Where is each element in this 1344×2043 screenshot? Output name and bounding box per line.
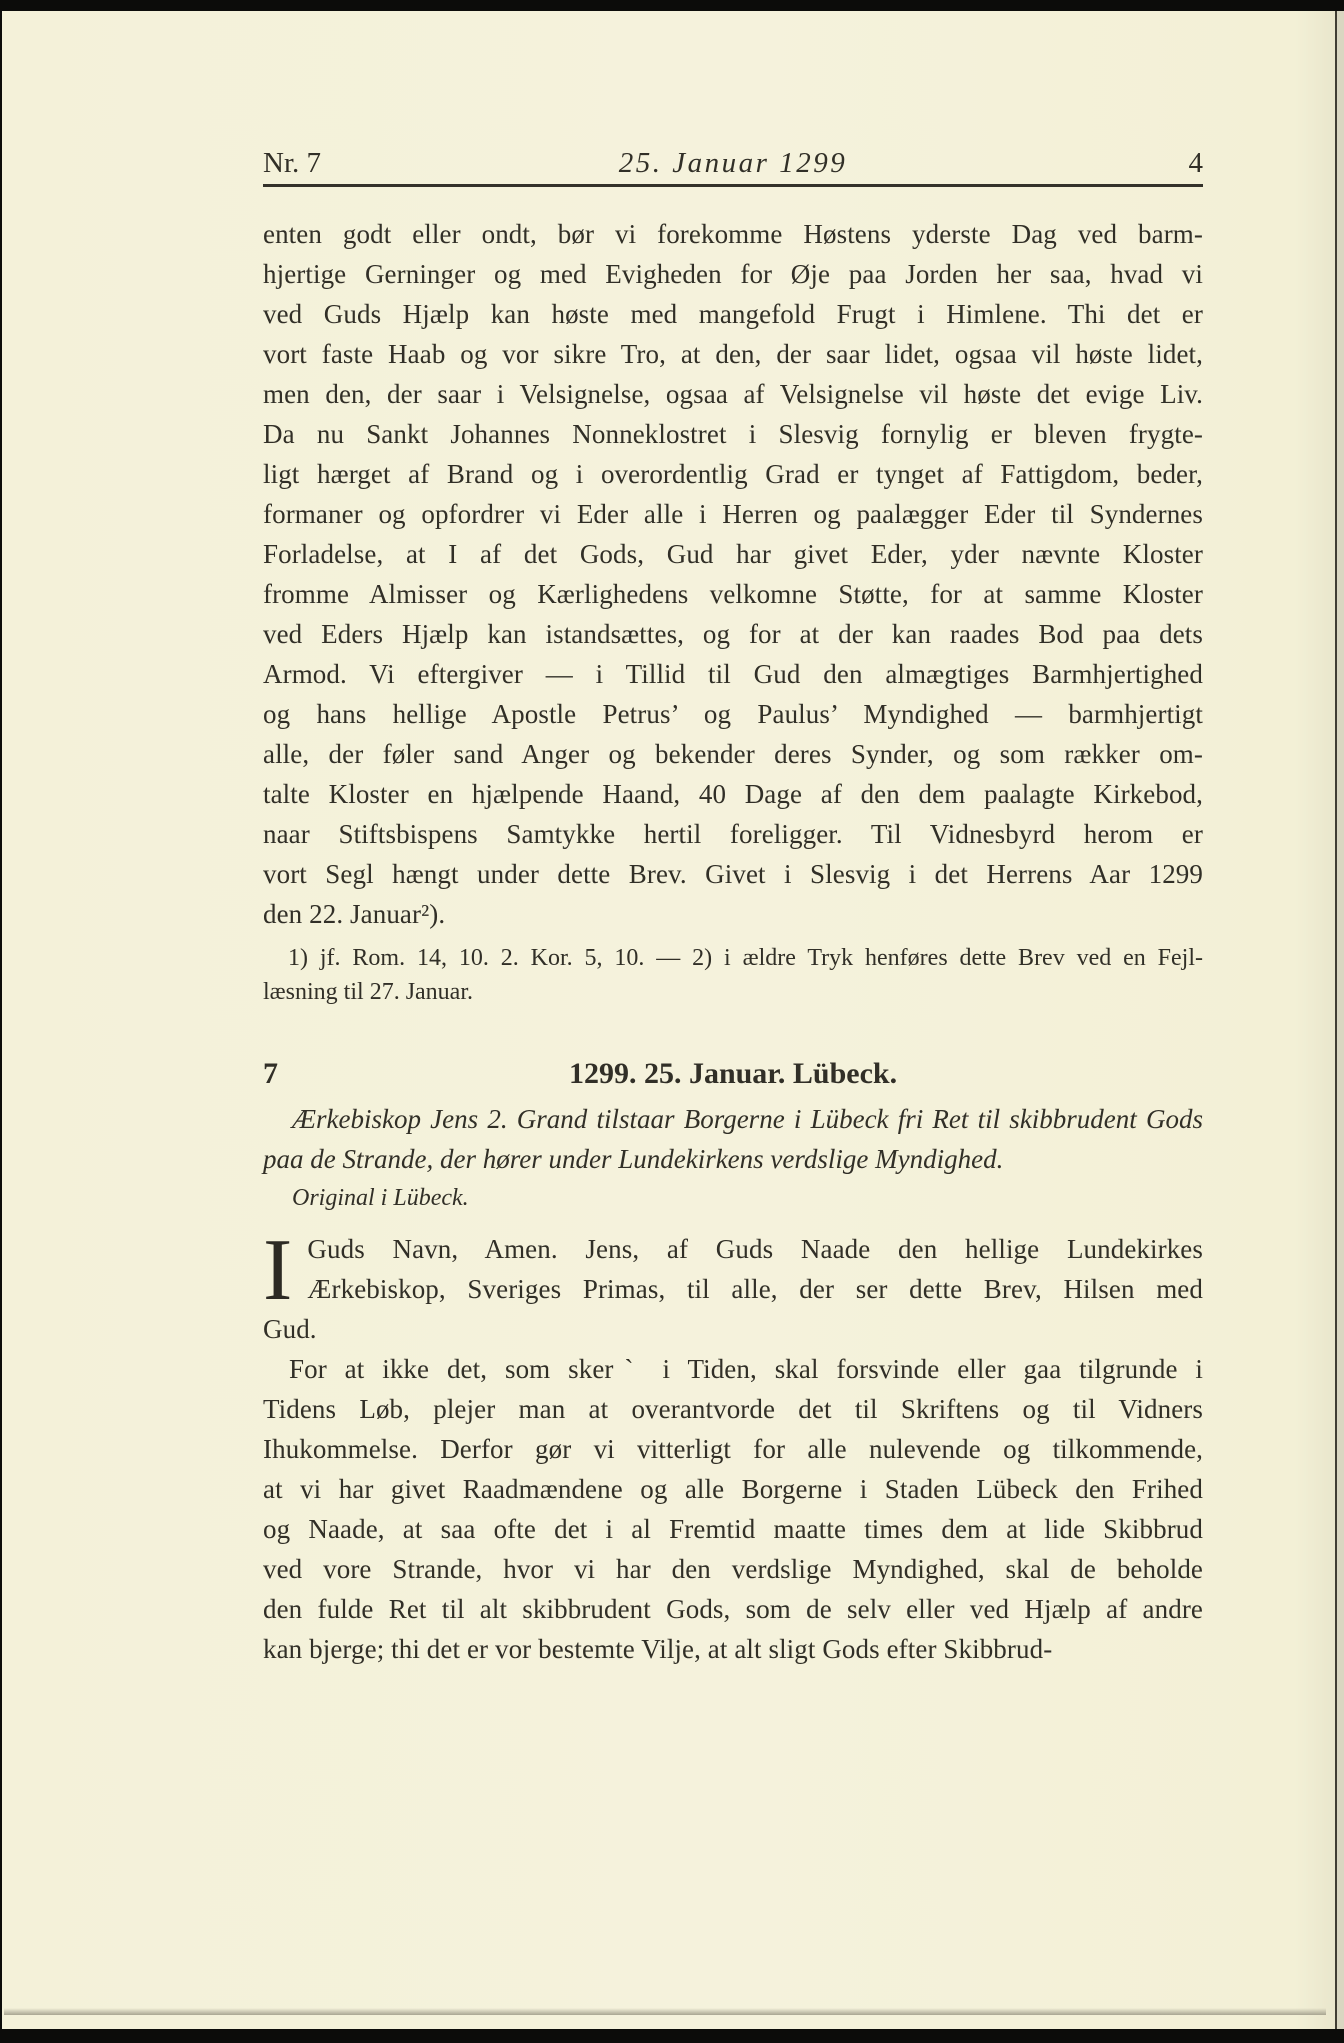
text-line: For at ikke det, som skerˋ i Tiden, skal… bbox=[263, 1349, 1203, 1389]
entry-7-source-note: Original i Lübeck. bbox=[292, 1183, 1203, 1213]
text-line: ligt hærget af Brand og i overordentlig … bbox=[263, 454, 1203, 494]
text-line: og hans hellige Apostle Petrus’ og Paulu… bbox=[263, 694, 1203, 734]
text-line: ved Guds Hjælp kan høste med mangefold F… bbox=[263, 294, 1203, 334]
entry-7-summary: Ærkebiskop Jens 2. Grand tilstaar Borger… bbox=[263, 1099, 1203, 1179]
scanned-book-page: Nr. 7 25. Januar 1299 4 enten godt eller… bbox=[0, 0, 1344, 2043]
entry-7-title: 1299. 25. Januar. Lübeck. bbox=[569, 1057, 897, 1090]
text-line: Ærkebiskop Jens 2. Grand tilstaar Borger… bbox=[263, 1099, 1203, 1139]
text-line: Gud. bbox=[263, 1309, 1203, 1349]
text-line: Da nu Sankt Johannes Nonneklostret i Sle… bbox=[263, 414, 1203, 454]
text-line: alle, der føler sand Anger og bekender d… bbox=[263, 734, 1203, 774]
scan-right-edge-strip bbox=[1337, 11, 1344, 2029]
text-line: kan bjerge; thi det er vor bestemte Vilj… bbox=[263, 1629, 1203, 1669]
text-line: Tidens Løb, plejer man at overantvorde d… bbox=[263, 1389, 1203, 1429]
text-line: formaner og opfordrer vi Eder alle i Her… bbox=[263, 494, 1203, 534]
text-line: den fulde Ret til alt skibbrudent Gods, … bbox=[263, 1589, 1203, 1629]
text-line: Ærkebiskop, Sveriges Primas, til alle, d… bbox=[263, 1269, 1203, 1309]
running-header: Nr. 7 25. Januar 1299 4 bbox=[263, 11, 1203, 187]
text-line: den 22. Januar²). bbox=[263, 894, 1203, 934]
entry-6-footnote: 1) jf. Rom. 14, 10. 2. Kor. 5, 10. — 2) … bbox=[263, 941, 1203, 1009]
paper-bottom-shadow bbox=[4, 2008, 1326, 2015]
text-line: ved Eders Hjælp kan istandsættes, og for… bbox=[263, 614, 1203, 654]
text-line: talte Kloster en hjælpende Haand, 40 Dag… bbox=[263, 774, 1203, 814]
text-line: paa de Strande, der hører under Lundekir… bbox=[263, 1139, 1203, 1179]
text-line: men den, der saar i Velsignelse, ogsaa a… bbox=[263, 374, 1203, 414]
text-line: og Naade, at saa ofte det i al Fremtid m… bbox=[263, 1509, 1203, 1549]
text-line: 1) jf. Rom. 14, 10. 2. Kor. 5, 10. — 2) … bbox=[263, 941, 1203, 975]
page-content: Nr. 7 25. Januar 1299 4 enten godt eller… bbox=[263, 11, 1203, 1669]
text-line: vort Segl hængt under dette Brev. Givet … bbox=[263, 854, 1203, 894]
text-line: vort faste Haab og vor sikre Tro, at den… bbox=[263, 334, 1203, 374]
text-line: at vi har givet Raadmændene og alle Borg… bbox=[263, 1469, 1203, 1509]
text-line: læsning til 27. Januar. bbox=[263, 975, 1203, 1009]
entry-7-paragraph-1: I Guds Navn, Amen. Jens, af Guds Naade d… bbox=[263, 1229, 1203, 1349]
paper-background: Nr. 7 25. Januar 1299 4 enten godt eller… bbox=[2, 11, 1335, 2029]
text-line: Guds Navn, Amen. Jens, af Guds Naade den… bbox=[263, 1229, 1203, 1269]
text-line: naar Stiftsbispens Samtykke hertil forel… bbox=[263, 814, 1203, 854]
entry-7-heading: 7 1299. 25. Januar. Lübeck. bbox=[263, 1054, 1203, 1094]
header-page-number: 4 bbox=[983, 145, 1203, 181]
text-line: Ihukommelse. Derfor gør vi vitterligt fo… bbox=[263, 1429, 1203, 1469]
drop-cap-initial: I bbox=[263, 1229, 292, 1309]
header-entry-ref: Nr. 7 bbox=[263, 145, 483, 181]
text-line: enten godt eller ondt, bør vi forekomme … bbox=[263, 214, 1203, 254]
text-line: Forladelse, at I af det Gods, Gud har gi… bbox=[263, 534, 1203, 574]
entry-7-number: 7 bbox=[263, 1054, 278, 1094]
text-line: fromme Almisser og Kærlighedens velkomne… bbox=[263, 574, 1203, 614]
entry-7-paragraph-2: For at ikke det, som skerˋ i Tiden, skal… bbox=[263, 1349, 1203, 1669]
entry-6-body-text: enten godt eller ondt, bør vi forekomme … bbox=[263, 214, 1203, 934]
text-line: Armod. Vi eftergiver — i Tillid til Gud … bbox=[263, 654, 1203, 694]
text-line: ved vore Strande, hvor vi har den verdsl… bbox=[263, 1549, 1203, 1589]
header-date: 25. Januar 1299 bbox=[483, 145, 983, 181]
text-line: hjertige Gerninger og med Evigheden for … bbox=[263, 254, 1203, 294]
